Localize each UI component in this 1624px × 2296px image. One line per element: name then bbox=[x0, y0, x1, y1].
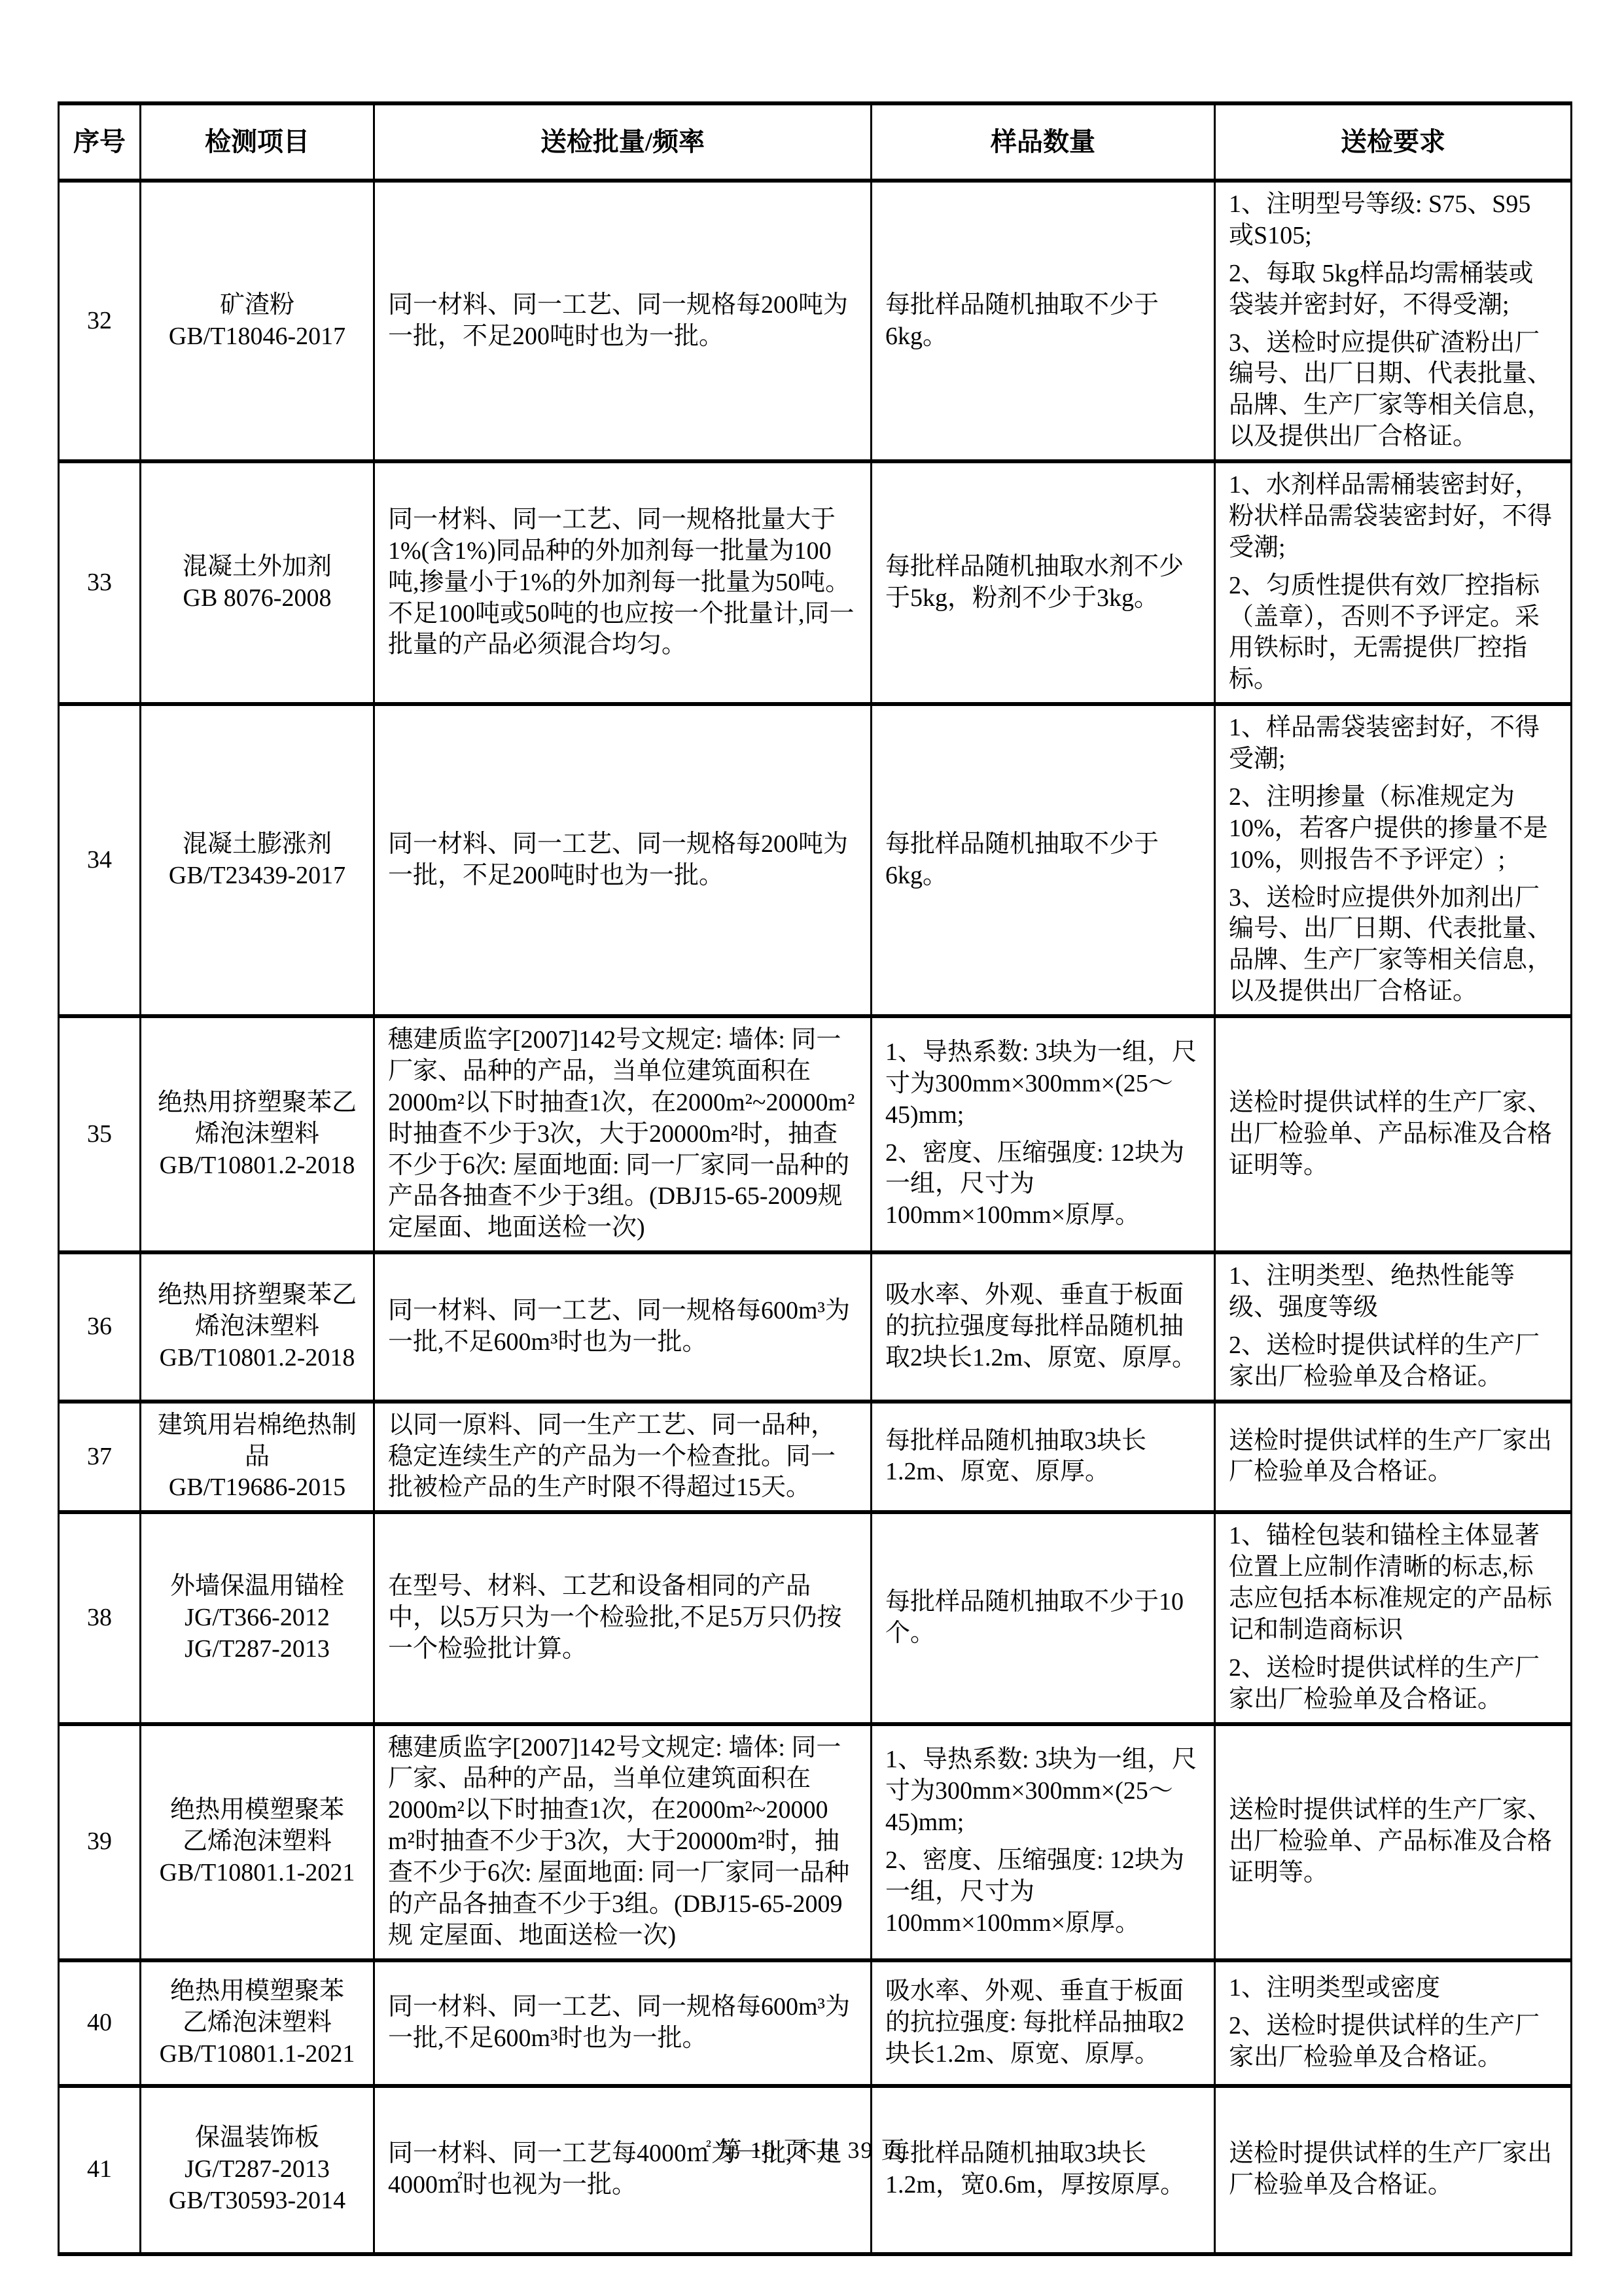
requirement-paragraph: 2、注明掺量（标准规定为10%，若客户提供的掺量不是10%，则报告不予评定）; bbox=[1229, 782, 1557, 876]
cell-sample: 吸水率、外观、垂直于板面的抗拉强度每批样品随机抽取2块长1.2m、原宽、原厚。 bbox=[872, 1252, 1215, 1402]
cell-seq: 36 bbox=[59, 1252, 141, 1402]
requirement-paragraph: 1、水剂样品需桶装密封好，粉状样品需袋装密封好，不得受潮; bbox=[1229, 470, 1557, 564]
table-row: 38 外墙保温用锚栓 JG/T366-2012 JG/T287-2013 在型号… bbox=[59, 1512, 1572, 1723]
item-text: 绝热用挤塑聚苯乙烯泡沫塑料 GB/T10801.2-2018 bbox=[149, 1280, 365, 1374]
table-row: 35 绝热用挤塑聚苯乙烯泡沫塑料 GB/T10801.2-2018 穗建质监字[… bbox=[59, 1016, 1572, 1252]
cell-item: 建筑用岩棉绝热制品 GB/T19686-2015 bbox=[141, 1402, 374, 1513]
batch-paragraph: 同一材料、同一工艺、同一规格每600m³为一批,不足600m³时也为一批。 bbox=[388, 1992, 857, 2055]
requirement-paragraph: 2、送检时提供试样的生产厂家出厂检验单及合格证。 bbox=[1229, 2011, 1557, 2074]
cell-requirement: 1、锚栓包装和锚栓主体显著位置上应制作清晰的标志,标志应包括本标准规定的产品标记… bbox=[1215, 1512, 1572, 1723]
cell-batch: 同一材料、同一工艺每4000㎡为一批,不足4000㎡时也视为一批。 bbox=[374, 2086, 872, 2254]
cell-batch: 同一材料、同一工艺、同一规格每200吨为一批，不足200吨时也为一批。 bbox=[374, 704, 872, 1016]
item-text: 建筑用岩棉绝热制品 GB/T19686-2015 bbox=[149, 1410, 365, 1504]
requirement-paragraph: 1、注明类型、绝热性能等级、强度等级 bbox=[1229, 1261, 1557, 1324]
table-row: 32 矿渣粉 GB/T18046-2017 同一材料、同一工艺、同一规格每200… bbox=[59, 181, 1572, 461]
cell-seq: 32 bbox=[59, 181, 141, 461]
sample-paragraph: 吸水率、外观、垂直于板面的抗拉强度: 每批样品抽取2块长1.2m、原宽、原厚。 bbox=[885, 1976, 1201, 2070]
requirement-paragraph: 1、注明型号等级: S75、S95 或S105; bbox=[1229, 189, 1557, 252]
requirement-paragraph: 1、锚栓包装和锚栓主体显著位置上应制作清晰的标志,标志应包括本标准规定的产品标记… bbox=[1229, 1521, 1557, 1646]
batch-paragraph: 同一材料、同一工艺、同一规格批量大于1%(含1%)同品种的外加剂每一批量为100… bbox=[388, 504, 857, 661]
cell-item: 混凝土外加剂 GB 8076-2008 bbox=[141, 461, 374, 704]
cell-seq: 35 bbox=[59, 1016, 141, 1252]
batch-paragraph: 以同一原料、同一生产工艺、同一品种，稳定连续生产的产品为一个检查批。同一批被检产… bbox=[388, 1410, 857, 1504]
cell-item: 混凝土膨涨剂 GB/T23439-2017 bbox=[141, 704, 374, 1016]
batch-paragraph: 同一材料、同一工艺、同一规格每200吨为一批，不足200吨时也为一批。 bbox=[388, 290, 857, 353]
requirement-paragraph: 3、送检时应提供矿渣粉出厂编号、出厂日期、代表批量、品牌、生产厂家等相关信息，以… bbox=[1229, 328, 1557, 453]
cell-item: 外墙保温用锚栓 JG/T366-2012 JG/T287-2013 bbox=[141, 1512, 374, 1723]
cell-sample: 1、导热系数: 3块为一组，尺寸为300mm×300mm×(25～45)mm; … bbox=[872, 1016, 1215, 1252]
cell-seq: 39 bbox=[59, 1724, 141, 1960]
item-text: 绝热用挤塑聚苯乙烯泡沫塑料 GB/T10801.2-2018 bbox=[149, 1087, 365, 1182]
batch-paragraph: 穗建质监字[2007]142号文规定: 墙体: 同一厂家、品种的产品，当单位建筑… bbox=[388, 1025, 857, 1244]
table-row: 37 建筑用岩棉绝热制品 GB/T19686-2015 以同一原料、同一生产工艺… bbox=[59, 1402, 1572, 1513]
page-number-footer: 第 10 页 共 39 页 bbox=[0, 2132, 1624, 2165]
item-text: 矿渣粉 GB/T18046-2017 bbox=[149, 290, 365, 353]
sample-paragraph: 2、密度、压缩强度: 12块为一组，尺寸为100mm×100mm×原厚。 bbox=[885, 1845, 1201, 1939]
cell-batch: 在型号、材料、工艺和设备相同的产品中，以5万只为一个检验批,不足5万只仍按一个检… bbox=[374, 1512, 872, 1723]
cell-requirement: 送检时提供试样的生产厂家、出厂检验单、产品标准及合格证明等。 bbox=[1215, 1016, 1572, 1252]
table-row: 33 混凝土外加剂 GB 8076-2008 同一材料、同一工艺、同一规格批量大… bbox=[59, 461, 1572, 704]
sample-paragraph: 每批样品随机抽取水剂不少于5kg，粉剂不少于3kg。 bbox=[885, 552, 1201, 614]
requirement-paragraph: 1、注明类型或密度 bbox=[1229, 1973, 1557, 2004]
table-row: 34 混凝土膨涨剂 GB/T23439-2017 同一材料、同一工艺、同一规格每… bbox=[59, 704, 1572, 1016]
cell-item: 矿渣粉 GB/T18046-2017 bbox=[141, 181, 374, 461]
item-text: 绝热用模塑聚苯 乙烯泡沫塑料 GB/T10801.1-2021 bbox=[149, 1976, 365, 2070]
sample-paragraph: 1、导热系数: 3块为一组，尺寸为300mm×300mm×(25～45)mm; bbox=[885, 1037, 1201, 1131]
requirement-paragraph: 3、送检时应提供外加剂出厂编号、出厂日期、代表批量、品牌、生产厂家等相关信息，以… bbox=[1229, 883, 1557, 1008]
sample-paragraph: 每批样品随机抽取3块长1.2m、原宽、原厚。 bbox=[885, 1426, 1201, 1489]
requirement-paragraph: 送检时提供试样的生产厂家、出厂检验单、产品标准及合格证明等。 bbox=[1229, 1087, 1557, 1182]
sample-paragraph: 吸水率、外观、垂直于板面的抗拉强度每批样品随机抽取2块长1.2m、原宽、原厚。 bbox=[885, 1280, 1201, 1374]
cell-requirement: 送检时提供试样的生产厂家、出厂检验单、产品标准及合格证明等。 bbox=[1215, 1724, 1572, 1960]
header-seq: 序号 bbox=[59, 103, 141, 181]
cell-item: 绝热用模塑聚苯 乙烯泡沫塑料 GB/T10801.1-2021 bbox=[141, 1724, 374, 1960]
cell-batch: 以同一原料、同一生产工艺、同一品种，稳定连续生产的产品为一个检查批。同一批被检产… bbox=[374, 1402, 872, 1513]
sample-paragraph: 1、导热系数: 3块为一组，尺寸为300mm×300mm×(25～45)mm; bbox=[885, 1744, 1201, 1839]
cell-seq: 33 bbox=[59, 461, 141, 704]
batch-paragraph: 同一材料、同一工艺、同一规格每600m³为一批,不足600m³时也为一批。 bbox=[388, 1296, 857, 1358]
requirement-paragraph: 送检时提供试样的生产厂家出厂检验单及合格证。 bbox=[1229, 1426, 1557, 1489]
batch-paragraph: 在型号、材料、工艺和设备相同的产品中，以5万只为一个检验批,不足5万只仍按一个检… bbox=[388, 1571, 857, 1665]
requirement-paragraph: 2、送检时提供试样的生产厂家出厂检验单及合格证。 bbox=[1229, 1330, 1557, 1393]
requirement-paragraph: 送检时提供试样的生产厂家、出厂检验单、产品标准及合格证明等。 bbox=[1229, 1795, 1557, 1889]
table-row: 40 绝热用模塑聚苯 乙烯泡沫塑料 GB/T10801.1-2021 同一材料、… bbox=[59, 1960, 1572, 2086]
cell-batch: 同一材料、同一工艺、同一规格批量大于1%(含1%)同品种的外加剂每一批量为100… bbox=[374, 461, 872, 704]
header-sample: 样品数量 bbox=[872, 103, 1215, 181]
cell-sample: 每批样品随机抽取不少于6kg。 bbox=[872, 704, 1215, 1016]
header-requirement: 送检要求 bbox=[1215, 103, 1572, 181]
cell-seq: 40 bbox=[59, 1960, 141, 2086]
cell-sample: 每批样品随机抽取不少于10个。 bbox=[872, 1512, 1215, 1723]
sample-paragraph: 每批样品随机抽取不少于6kg。 bbox=[885, 290, 1201, 353]
cell-requirement: 1、水剂样品需桶装密封好，粉状样品需袋装密封好，不得受潮; 2、匀质性提供有效厂… bbox=[1215, 461, 1572, 704]
item-text: 绝热用模塑聚苯 乙烯泡沫塑料 GB/T10801.1-2021 bbox=[149, 1795, 365, 1889]
batch-paragraph: 穗建质监字[2007]142号文规定: 墙体: 同一厂家、品种的产品，当单位建筑… bbox=[388, 1733, 857, 1952]
header-batch: 送检批量/频率 bbox=[374, 103, 872, 181]
header-item: 检测项目 bbox=[141, 103, 374, 181]
cell-item: 保温装饰板 JG/T287-2013 GB/T30593-2014 bbox=[141, 2086, 374, 2254]
cell-seq: 37 bbox=[59, 1402, 141, 1513]
cell-sample: 每批样品随机抽取水剂不少于5kg，粉剂不少于3kg。 bbox=[872, 461, 1215, 704]
cell-sample: 吸水率、外观、垂直于板面的抗拉强度: 每批样品抽取2块长1.2m、原宽、原厚。 bbox=[872, 1960, 1215, 2086]
requirement-paragraph: 2、送检时提供试样的生产厂家出厂检验单及合格证。 bbox=[1229, 1653, 1557, 1716]
table-row: 36 绝热用挤塑聚苯乙烯泡沫塑料 GB/T10801.2-2018 同一材料、同… bbox=[59, 1252, 1572, 1402]
cell-requirement: 送检时提供试样的生产厂家出厂检验单及合格证。 bbox=[1215, 1402, 1572, 1513]
cell-batch: 同一材料、同一工艺、同一规格每600m³为一批,不足600m³时也为一批。 bbox=[374, 1960, 872, 2086]
cell-requirement: 1、注明型号等级: S75、S95 或S105; 2、每取 5kg样品均需桶装或… bbox=[1215, 181, 1572, 461]
cell-item: 绝热用挤塑聚苯乙烯泡沫塑料 GB/T10801.2-2018 bbox=[141, 1016, 374, 1252]
cell-sample: 每批样品随机抽取3块长1.2m，宽0.6m，厚按原厚。 bbox=[872, 2086, 1215, 2254]
cell-requirement: 1、注明类型或密度 2、送检时提供试样的生产厂家出厂检验单及合格证。 bbox=[1215, 1960, 1572, 2086]
sample-paragraph: 每批样品随机抽取不少于6kg。 bbox=[885, 829, 1201, 892]
inspection-spec-table: 序号 检测项目 送检批量/频率 样品数量 送检要求 32 矿渣粉 GB/T180… bbox=[58, 101, 1572, 2256]
requirement-paragraph: 1、样品需袋装密封好，不得受潮; bbox=[1229, 713, 1557, 775]
cell-seq: 41 bbox=[59, 2086, 141, 2254]
cell-batch: 同一材料、同一工艺、同一规格每600m³为一批,不足600m³时也为一批。 bbox=[374, 1252, 872, 1402]
table-header-row: 序号 检测项目 送检批量/频率 样品数量 送检要求 bbox=[59, 103, 1572, 181]
item-text: 混凝土外加剂 GB 8076-2008 bbox=[149, 552, 365, 614]
sample-paragraph: 每批样品随机抽取不少于10个。 bbox=[885, 1587, 1201, 1650]
cell-sample: 每批样品随机抽取不少于6kg。 bbox=[872, 181, 1215, 461]
table-row: 39 绝热用模塑聚苯 乙烯泡沫塑料 GB/T10801.1-2021 穗建质监字… bbox=[59, 1724, 1572, 1960]
table-row: 41 保温装饰板 JG/T287-2013 GB/T30593-2014 同一材… bbox=[59, 2086, 1572, 2254]
cell-seq: 38 bbox=[59, 1512, 141, 1723]
cell-item: 绝热用挤塑聚苯乙烯泡沫塑料 GB/T10801.2-2018 bbox=[141, 1252, 374, 1402]
requirement-paragraph: 2、匀质性提供有效厂控指标（盖章），否则不予评定。采用铁标时，无需提供厂控指标。 bbox=[1229, 571, 1557, 696]
batch-paragraph: 同一材料、同一工艺、同一规格每200吨为一批，不足200吨时也为一批。 bbox=[388, 829, 857, 892]
cell-requirement: 1、注明类型、绝热性能等级、强度等级 2、送检时提供试样的生产厂家出厂检验单及合… bbox=[1215, 1252, 1572, 1402]
cell-requirement: 1、样品需袋装密封好，不得受潮; 2、注明掺量（标准规定为10%，若客户提供的掺… bbox=[1215, 704, 1572, 1016]
document-page: 序号 检测项目 送检批量/频率 样品数量 送检要求 32 矿渣粉 GB/T180… bbox=[0, 0, 1624, 2296]
item-text: 混凝土膨涨剂 GB/T23439-2017 bbox=[149, 829, 365, 892]
item-text: 外墙保温用锚栓 JG/T366-2012 JG/T287-2013 bbox=[149, 1571, 365, 1665]
cell-requirement: 送检时提供试样的生产厂家出厂检验单及合格证。 bbox=[1215, 2086, 1572, 2254]
sample-paragraph: 2、密度、压缩强度: 12块为一组，尺寸为100mm×100mm×原厚。 bbox=[885, 1138, 1201, 1232]
cell-item: 绝热用模塑聚苯 乙烯泡沫塑料 GB/T10801.1-2021 bbox=[141, 1960, 374, 2086]
cell-sample: 每批样品随机抽取3块长1.2m、原宽、原厚。 bbox=[872, 1402, 1215, 1513]
cell-batch: 穗建质监字[2007]142号文规定: 墙体: 同一厂家、品种的产品，当单位建筑… bbox=[374, 1724, 872, 1960]
cell-batch: 同一材料、同一工艺、同一规格每200吨为一批，不足200吨时也为一批。 bbox=[374, 181, 872, 461]
cell-batch: 穗建质监字[2007]142号文规定: 墙体: 同一厂家、品种的产品，当单位建筑… bbox=[374, 1016, 872, 1252]
requirement-paragraph: 2、每取 5kg样品均需桶装或袋装并密封好，不得受潮; bbox=[1229, 258, 1557, 321]
cell-seq: 34 bbox=[59, 704, 141, 1016]
cell-sample: 1、导热系数: 3块为一组，尺寸为300mm×300mm×(25～45)mm; … bbox=[872, 1724, 1215, 1960]
